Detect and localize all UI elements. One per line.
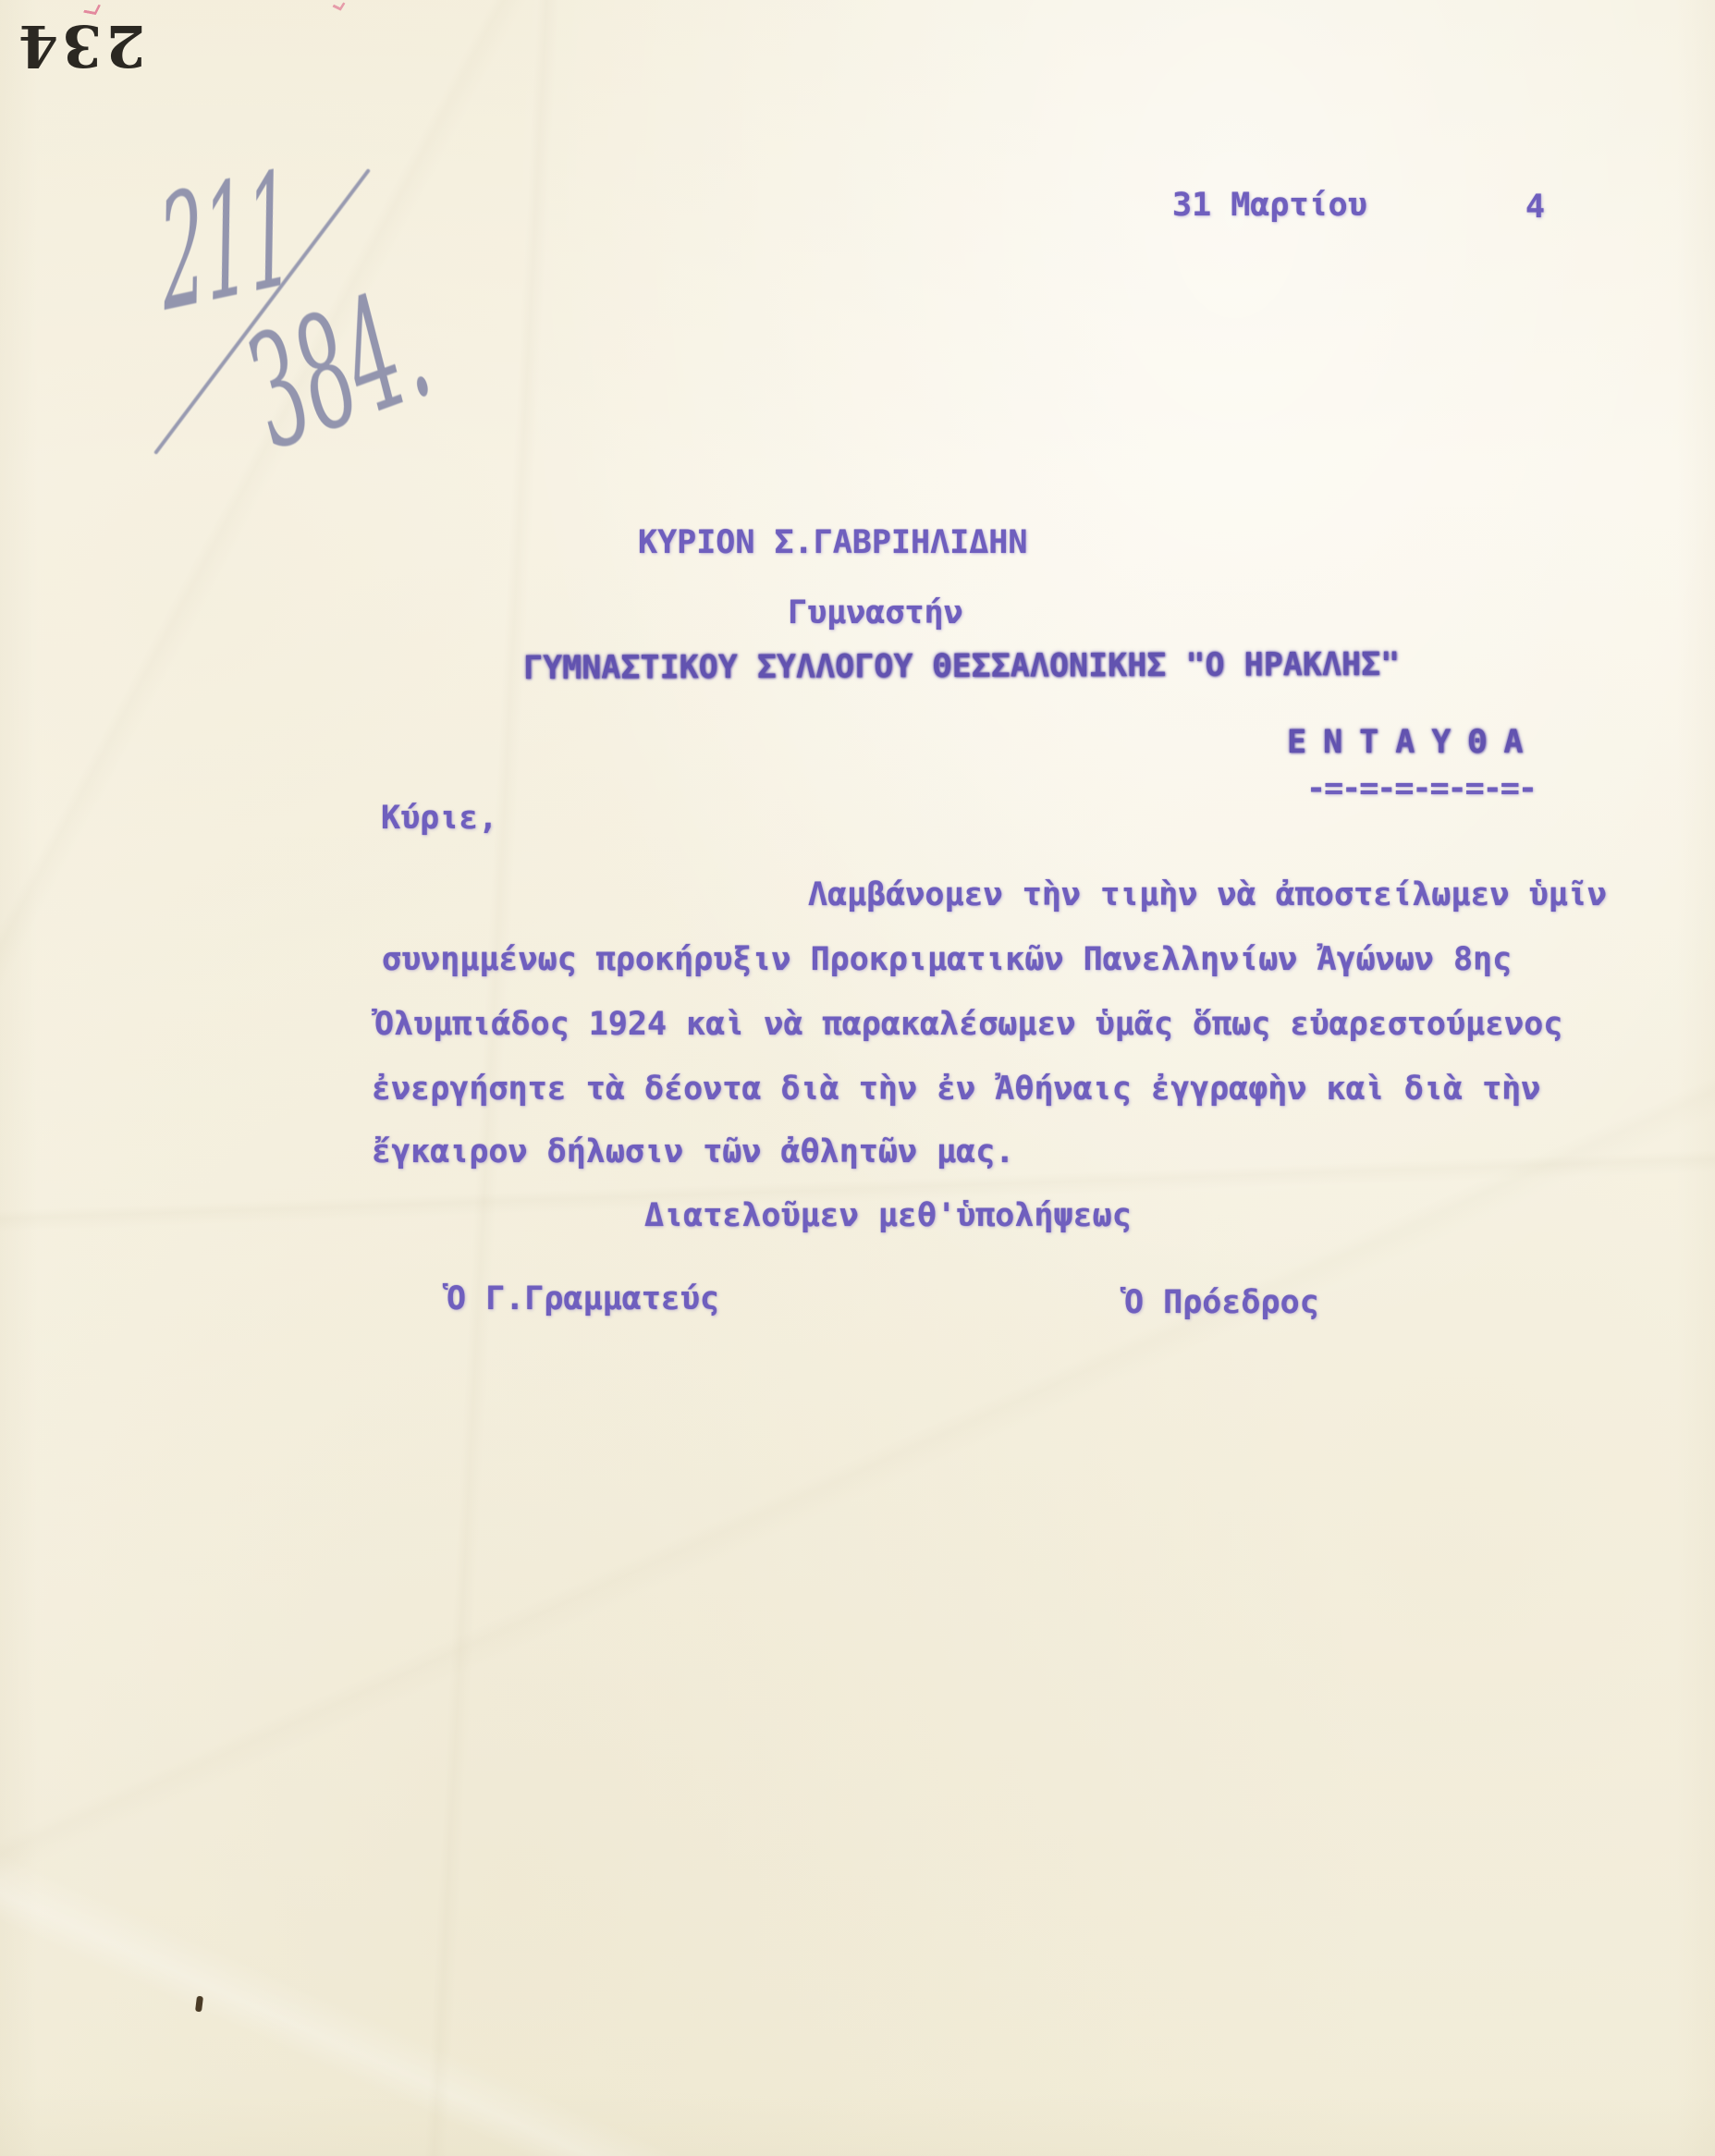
date-year: 4 — [1525, 191, 1545, 224]
recipient-name: ΚΥΡΙΟΝ Σ.ΓΑΒΡΙΗΛΙΔΗΝ — [638, 527, 1027, 559]
body-line-2: συνημμένως προκήρυξιν Προκριματικῶν Πανε… — [382, 944, 1512, 976]
salutation: Κύριε, — [381, 802, 497, 835]
scanned-letter-page: 234 211 384. 31 Μαρτίου 4 ΚΥΡΙΟΝ Σ.ΓΑΒΡΙ… — [0, 0, 1715, 2156]
ink-speck — [195, 1996, 203, 2013]
closing-line: Διατελοῦμεν μεθ'ὑπολήψεως — [644, 1200, 1132, 1232]
body-line-5: ἔγκαιρον δήλωσιν τῶν ἀθλητῶν μας. — [372, 1136, 1014, 1169]
folio-number-stamp: 234 — [15, 17, 145, 74]
date-day-month: 31 Μαρτίου — [1172, 190, 1367, 222]
recipient-title: Γυμναστήν — [788, 597, 963, 630]
president-signature-label: Ὁ Πρόεδρος — [1124, 1287, 1319, 1319]
body-line-1: Λαμβάνομεν τὴν τιμὴν νὰ ἀποστείλωμεν ὑμῖ… — [808, 879, 1607, 912]
secretary-signature-label: Ὁ Γ.Γραμματεύς — [447, 1283, 719, 1316]
red-check-mark-2 — [332, 0, 345, 11]
recipient-location: ΕΝΤΑΥΘΑ — [1287, 727, 1540, 759]
body-line-4: ἐνεργήσητε τὰ δέοντα διὰ τὴν ἐν Ἀθήναις … — [372, 1073, 1540, 1106]
location-underline: -=-=-=-=-=-=- — [1306, 773, 1536, 805]
body-line-3: Ὀλυμπιάδος 1924 καὶ νὰ παρακαλέσωμεν ὑμᾶ… — [374, 1009, 1562, 1041]
recipient-club: ΓΥΜΝΑΣΤΙΚΟΥ ΣΥΛΛΟΓΟΥ ΘΕΣΣΑΛΟΝΙΚΗΣ "Ο ΗΡΑ… — [523, 649, 1400, 685]
